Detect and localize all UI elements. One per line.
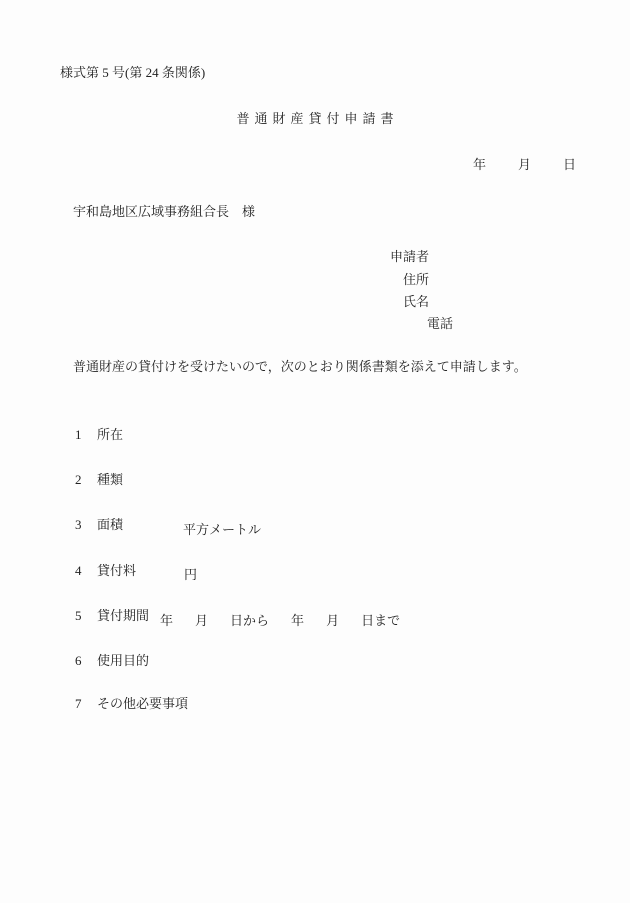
period-to-year-label: 年 bbox=[291, 612, 304, 630]
applicant-label: 申請者 bbox=[390, 248, 429, 266]
item-label: 貸付期間 bbox=[97, 608, 149, 623]
item-label: 貸付料 bbox=[97, 563, 136, 578]
period-from-day-label: 日から bbox=[230, 612, 269, 630]
item-number: 6 bbox=[75, 652, 97, 670]
item-label: 所在 bbox=[97, 427, 123, 442]
date-line: 年 月 日 bbox=[473, 156, 576, 174]
item-number: 4 bbox=[75, 562, 97, 580]
applicant-phone-label: 電話 bbox=[427, 315, 453, 333]
period-to-day-label: 日まで bbox=[361, 612, 400, 630]
item-number: 5 bbox=[75, 607, 97, 625]
period-to-month-label: 月 bbox=[326, 612, 339, 630]
item-number: 2 bbox=[75, 471, 97, 489]
document-page: 様式第 5 号(第 24 条関係) 普通財産貸付申請書 年 月 日 宇和島地区広… bbox=[0, 0, 630, 903]
area-unit-label: 平方メートル bbox=[183, 521, 261, 539]
item-label: 使用目的 bbox=[97, 653, 149, 668]
date-day-label: 日 bbox=[563, 156, 576, 174]
date-month-label: 月 bbox=[518, 156, 531, 174]
item-label: その他必要事項 bbox=[97, 696, 188, 711]
rent-unit-label: 円 bbox=[184, 566, 197, 584]
date-year-label: 年 bbox=[473, 156, 486, 174]
form-number: 様式第 5 号(第 24 条関係) bbox=[60, 64, 205, 82]
applicant-address-label: 住所 bbox=[403, 271, 429, 289]
item-label: 面積 bbox=[97, 517, 123, 532]
item-number: 1 bbox=[75, 426, 97, 444]
period-from-month-label: 月 bbox=[195, 612, 208, 630]
lease-period-line: 年 月 日から 年 月 日まで bbox=[160, 612, 400, 630]
list-item-other: 7その他必要事項 bbox=[62, 677, 188, 731]
document-title: 普通財産貸付申請書 bbox=[0, 110, 630, 128]
applicant-name-label: 氏名 bbox=[403, 293, 429, 311]
body-text: 普通財産の貸付けを受けたいので，次のとおり関係書類を添えて申請します。 bbox=[73, 358, 527, 376]
period-from-year-label: 年 bbox=[160, 612, 173, 630]
addressee: 宇和島地区広域事務組合長 様 bbox=[73, 203, 255, 221]
item-number: 3 bbox=[75, 516, 97, 534]
item-number: 7 bbox=[75, 695, 97, 713]
item-label: 種類 bbox=[97, 472, 123, 487]
